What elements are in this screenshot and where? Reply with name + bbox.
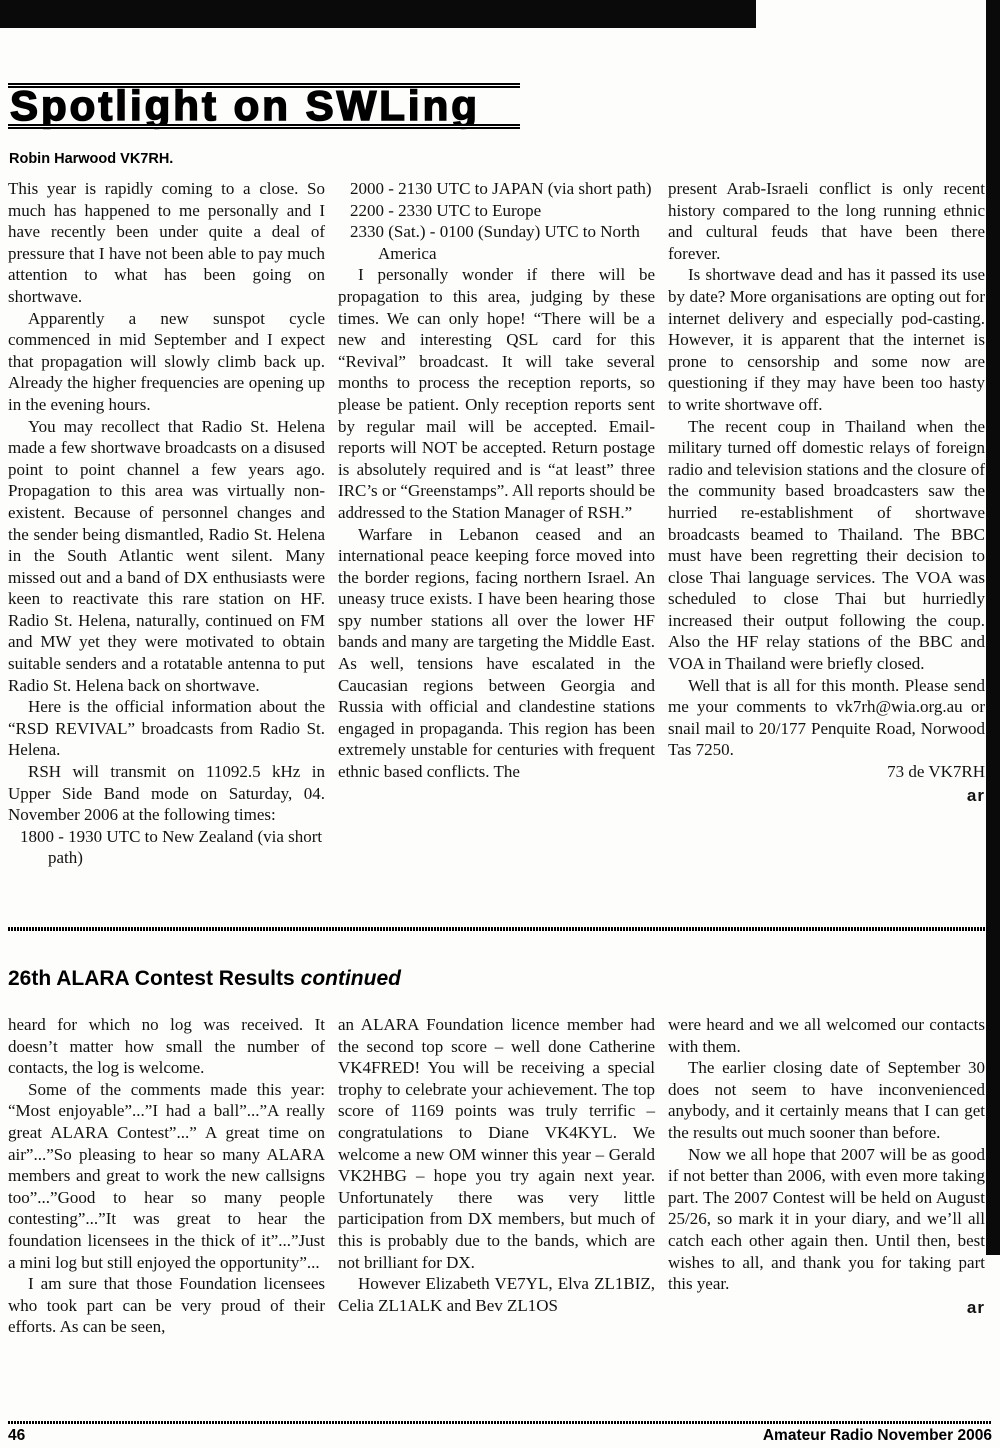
- article-end-mark: ar: [668, 1297, 985, 1319]
- paragraph: I personally wonder if there will be pro…: [338, 264, 655, 523]
- paragraph: present Arab-Israeli conflict is only re…: [668, 178, 985, 264]
- paragraph: However Elizabeth VE7YL, Elva ZL1BIZ, Ce…: [338, 1273, 655, 1316]
- title-rule-bottom: [8, 124, 520, 129]
- paragraph: Now we all hope that 2007 will be as goo…: [668, 1144, 985, 1295]
- text-column: This year is rapidly coming to a close. …: [8, 178, 325, 902]
- paragraph: Well that is all for this month. Please …: [668, 675, 985, 761]
- byline: Robin Harwood VK7RH.: [9, 151, 173, 167]
- paragraph: 1800 - 1930 UTC to New Zealand (via shor…: [8, 826, 325, 869]
- paragraph: were heard and we all welcomed our conta…: [668, 1014, 985, 1057]
- paragraph: Some of the comments made this year: “Mo…: [8, 1079, 325, 1273]
- footer-rule: [8, 1421, 992, 1424]
- journal-title: Amateur Radio November 2006: [763, 1427, 992, 1445]
- article2-heading-text: 26th ALARA Contest Results: [8, 967, 295, 990]
- paragraph: Warfare in Lebanon ceased and an interna…: [338, 524, 655, 783]
- paragraph: RSH will transmit on 11092.5 kHz in Uppe…: [8, 761, 325, 826]
- text-column: were heard and we all welcomed our conta…: [668, 1014, 985, 1366]
- paragraph: 73 de VK7RH: [668, 761, 985, 783]
- page-number: 46: [8, 1427, 25, 1445]
- paragraph: 2330 (Sat.) - 0100 (Sunday) UTC to North…: [338, 221, 655, 264]
- section-divider-rule: [8, 927, 988, 931]
- text-column: 2000 - 2130 UTC to JAPAN (via short path…: [338, 178, 655, 902]
- paragraph: 2000 - 2130 UTC to JAPAN (via short path…: [338, 178, 655, 200]
- magazine-page: Spotlight on SWLing Robin Harwood VK7RH.…: [0, 0, 1000, 1448]
- article1-body: This year is rapidly coming to a close. …: [0, 178, 1000, 902]
- paragraph: The earlier closing date of September 30…: [668, 1057, 985, 1143]
- paragraph: Apparently a new sunspot cycle commenced…: [8, 308, 325, 416]
- paragraph: The recent coup in Thailand when the mil…: [668, 416, 985, 675]
- paragraph: an ALARA Foundation licence member had t…: [338, 1014, 655, 1273]
- article2-body: heard for which no log was received. It …: [0, 1014, 1000, 1366]
- scan-artifact-top-bar: [0, 0, 756, 28]
- article2-heading: 26th ALARA Contest Resultscontinued: [8, 967, 401, 991]
- paragraph: Here is the official information about t…: [8, 696, 325, 761]
- paragraph: You may recollect that Radio St. Helena …: [8, 416, 325, 697]
- paragraph: I am sure that those Foundation licensee…: [8, 1273, 325, 1338]
- paragraph: 2200 - 2330 UTC to Europe: [338, 200, 655, 222]
- footer: 46 Amateur Radio November 2006: [8, 1427, 992, 1445]
- text-column: heard for which no log was received. It …: [8, 1014, 325, 1366]
- paragraph: This year is rapidly coming to a close. …: [8, 178, 325, 308]
- paragraph: heard for which no log was received. It …: [8, 1014, 325, 1079]
- article2-heading-continued: continued: [301, 967, 401, 990]
- article-end-mark: ar: [668, 785, 985, 807]
- article-title: Spotlight on SWLing: [10, 84, 480, 128]
- text-column: present Arab-Israeli conflict is only re…: [668, 178, 985, 902]
- text-column: an ALARA Foundation licence member had t…: [338, 1014, 655, 1366]
- paragraph: Is shortwave dead and has it passed its …: [668, 264, 985, 415]
